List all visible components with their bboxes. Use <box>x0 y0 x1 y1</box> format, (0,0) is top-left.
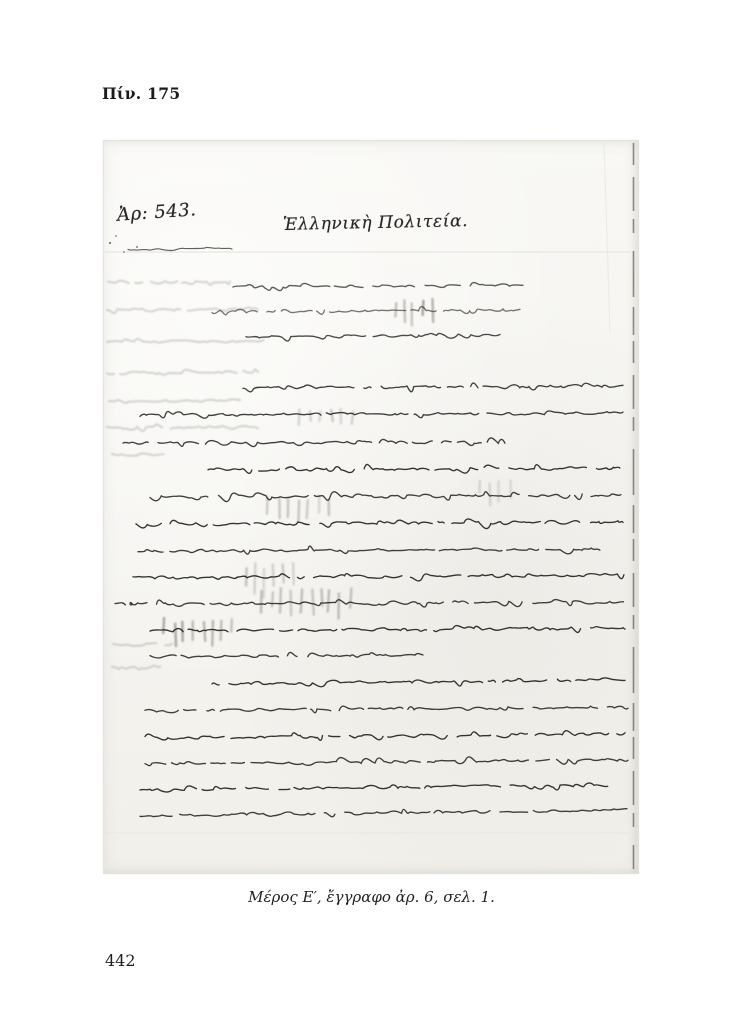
manuscript-heading: Ἑλληνικὴ Πολιτεία. <box>283 211 469 235</box>
manuscript-scan <box>103 140 639 874</box>
book-page: Πίν. 175 Ἀρ: 543. Ἑλληνικὴ Πολιτεία. Μέρ… <box>0 0 743 1027</box>
figure-caption: Μέρος Ε′, ἔγγραφο ἀρ. 6, σελ. 1. <box>0 888 743 906</box>
page-number: 442 <box>105 951 136 970</box>
plate-label: Πίν. 175 <box>102 84 180 103</box>
